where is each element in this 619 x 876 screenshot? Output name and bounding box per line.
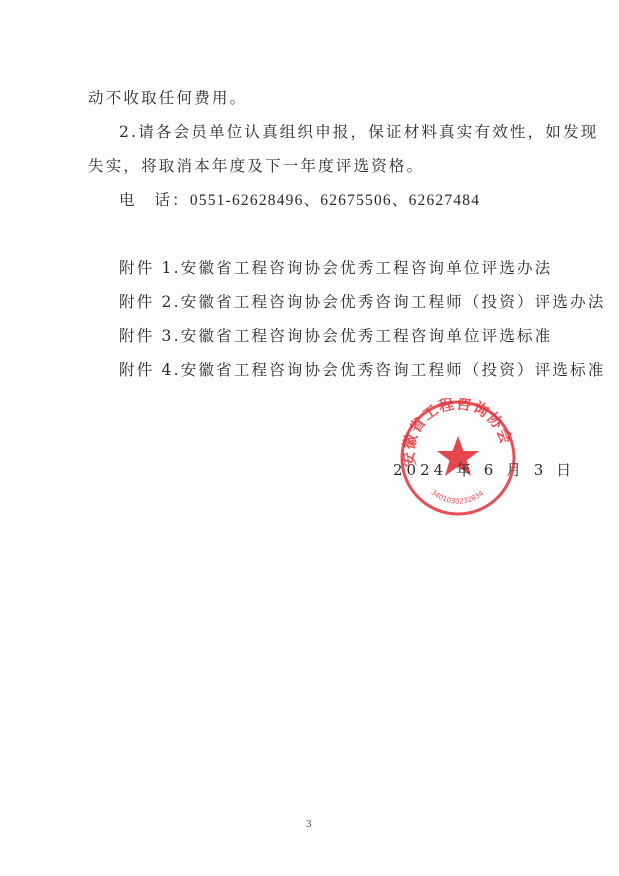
paragraph-2-line-1: 2.请各会员单位认真组织申报，保证材料真实有效性，如发现 <box>119 122 598 142</box>
svg-text:3401030232834: 3401030232834 <box>429 488 485 505</box>
official-seal-stamp: 安徽省工程咨询协会 3401030232834 <box>398 398 518 518</box>
document-page: 动不收取任何费用。 2.请各会员单位认真组织申报，保证材料真实有效性，如发现 失… <box>0 0 619 876</box>
phone-line: 电 话：0551-62628496、62675506、62627484 <box>119 190 480 211</box>
seal-code-text: 3401030232834 <box>429 488 485 505</box>
attachment-3: 附件 3.安徽省工程咨询协会优秀工程咨询单位评选标准 <box>119 326 552 346</box>
issue-date: 2024 年 6 月 3 日 <box>393 459 575 480</box>
phone-label: 电 话： <box>119 191 190 209</box>
paragraph-2-line-2: 失实，将取消本年度及下一年度评选资格。 <box>88 156 424 176</box>
attachment-1: 附件 1.安徽省工程咨询协会优秀工程咨询单位评选办法 <box>119 258 552 278</box>
attachment-2: 附件 2.安徽省工程咨询协会优秀咨询工程师（投资）评选办法 <box>119 292 606 312</box>
phone-numbers: 0551-62628496、62675506、62627484 <box>190 192 480 209</box>
page-number: 3 <box>306 820 312 830</box>
attachment-4: 附件 4.安徽省工程咨询协会优秀咨询工程师（投资）评选标准 <box>119 360 606 380</box>
paragraph-1-tail: 动不收取任何费用。 <box>88 88 247 108</box>
